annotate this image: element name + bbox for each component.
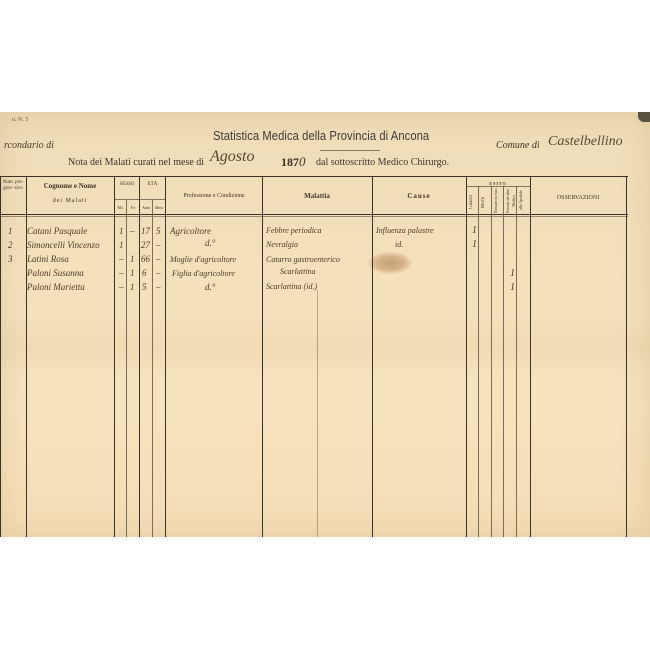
header-eta-anni: Anni [140,204,152,211]
row-professione: Figlia d'agricoltore [172,269,235,278]
col-line [530,177,531,537]
header-esito-guariti: Guariti [469,190,477,214]
header-sesso-f: F.e [127,204,139,211]
col-line [114,177,115,537]
row-anni: 5 [142,282,147,292]
month-handwritten: Agosto [210,148,254,166]
row-name: Catani Pasquale [27,226,87,236]
crease-line [317,290,318,537]
table-top-rule [0,176,628,177]
row-num: 3 [8,254,13,264]
year-handwritten: 0 [299,154,306,169]
form-number: u. N. 5 [12,117,28,123]
row-anni: 27 [141,240,150,250]
header-eta-mesi: Mesi [153,204,165,211]
header-esito-ospedale: allo Spedale [518,187,528,214]
row-professione: d.° [205,282,215,292]
col-line [139,177,140,537]
row-anni: 6 [142,268,147,278]
row-name: Paloni Marietta [27,282,85,292]
row-passati: 1 [510,268,515,279]
document-title: Statistica Medica della Provincia di Anc… [213,128,429,143]
year-printed: 187 [281,155,299,169]
header-esito-morti: Morti [481,190,489,214]
row-cause: Influenza palustre [376,226,434,235]
row-malattia: Catarro gastroenterico [266,255,340,264]
col-line-thin [126,200,127,537]
header-bottom-rule-2 [0,216,628,217]
sesso-eta-subrule [114,199,165,200]
col-line-thin [491,186,492,537]
paper-fold-shadow [0,316,650,376]
header-num: Num. pro- gres- sivo [2,180,24,192]
row-sesso-m: 1 [119,226,124,236]
dal-label: dal sottoscritto Medico Chirurgo. [316,157,449,168]
row-num: 1 [8,226,13,236]
row-malattia: Nevralgia [266,240,298,249]
row-sesso-f: – [130,226,135,236]
header-professione: Professione e Condizione [167,193,261,200]
row-professione: d.° [205,238,215,248]
row-name: Simoncelli Vincenzo [27,240,100,250]
row-mesi: – [156,240,161,250]
nota-label: Nota dei Malati curati nel mese di [68,157,204,168]
row-sesso-m: – [119,268,124,278]
row-professione: Agricoltore [170,226,211,236]
header-sesso: SESSO [115,181,139,188]
header-esito: ESITO [467,180,529,187]
col-line-thin [152,200,153,537]
col-line [372,177,373,537]
row-num: 2 [8,240,13,250]
row-mesi: 5 [156,226,161,236]
col-line [466,177,467,537]
col-line [262,177,263,537]
col-line-thin [503,186,504,537]
header-name-line1: Cognome e Nome [28,183,112,190]
row-mesi: – [156,254,161,264]
title-underline [320,150,380,151]
row-sesso-f: 1 [130,282,135,292]
col-line [165,177,166,537]
header-eta: ETÀ [140,181,165,188]
year: 1870 [281,154,306,170]
row-cause: id. [395,240,403,249]
row-sesso-f: 1 [130,268,135,278]
header-name-line2: dei Malati [28,198,112,205]
header-malattia: Malattia [263,193,371,200]
row-mesi: – [156,268,161,278]
row-malattia: Scarlattina (id.) [266,282,317,291]
col-line-thin [478,186,479,537]
row-malattia: Febbre periodica [266,226,321,235]
header-esito-rimasti: Rimasti in cura [493,188,502,214]
row-mesi: – [156,282,161,292]
row-name: Paloni Susanna [27,268,84,278]
row-guariti: 1 [472,225,477,236]
header-cause: Cause [373,193,465,200]
circondario-label: rcondario di [4,140,54,151]
header-esito-passati: Passati ad altro Medico [505,187,515,214]
col-line [0,177,1,537]
row-sesso-f: 1 [130,254,135,264]
row-guariti: 1 [472,239,477,250]
row-sesso-m: 1 [119,240,124,250]
col-line [626,177,627,537]
header-osservazioni: OSSERVAZIONI [531,195,625,202]
comune-handwritten: Castelbellino [548,134,623,150]
row-professione: Moglie d'agricoltore [170,255,236,264]
header-bottom-rule [0,214,628,215]
col-line-thin [516,186,517,537]
row-sesso-m: – [119,282,124,292]
comune-label: Comune di [496,140,540,151]
ink-stain [368,252,412,274]
row-sesso-m: – [119,254,124,264]
row-anni: 66 [141,254,150,264]
row-passati: 1 [510,282,515,293]
row-anni: 17 [141,226,150,236]
row-malattia: Scarlattina [280,267,316,276]
row-name: Latini Rosa [27,254,69,264]
header-sesso-m: M.i [115,204,126,211]
